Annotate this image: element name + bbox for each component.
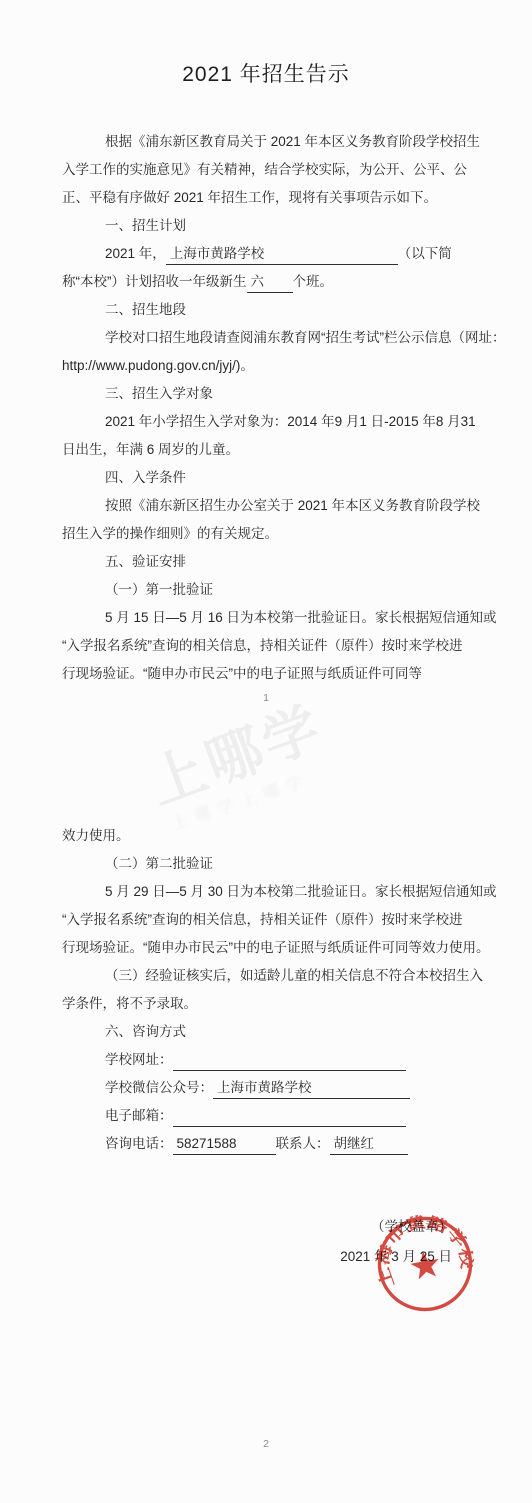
doc-line: 5 月 15 日—5 月 16 日为本校第一批验证日。家长根据短信通知或	[62, 604, 470, 632]
section-heading: 三、招生入学对象	[62, 380, 470, 408]
page1-body: 2021 年招生告示根据《浦东新区教育局关于 2021 年本区义务教育阶段学校招…	[62, 60, 470, 688]
text-run: 日出生，年满 6 周岁的儿童。	[62, 442, 239, 457]
blank-field	[173, 1106, 406, 1127]
doc-line: 学条件，将不予录取。	[62, 990, 470, 1018]
text-run: 一、招生计划	[105, 218, 186, 233]
text-run: 四、入学条件	[105, 470, 186, 485]
doc-line: 学校对口招生地段请查阅浦东教育网“招生考试”栏公示信息（网址：	[62, 324, 470, 352]
field-line: 咨询电话：58271588联系人：胡继红	[62, 1130, 470, 1158]
text-run: 二、招生地段	[105, 302, 186, 317]
page2-body: 效力使用。（二）第二批验证5 月 29 日—5 月 30 日为本校第二批验证日。…	[62, 822, 470, 1158]
section-heading: 四、入学条件	[62, 464, 470, 492]
field-line: 学校微信公众号：上海市黄路学校	[62, 1074, 470, 1102]
doc-line: 招生入学的操作细则》的有关规定。	[62, 520, 470, 548]
text-run: （以下简	[398, 246, 452, 261]
doc-line: “入学报名系统”查询的相关信息，持相关证件（原件）按时来学校进	[62, 632, 470, 660]
page1-number: 1	[0, 692, 532, 704]
text-run: 电子邮箱：	[105, 1108, 173, 1123]
field-line: 学校网址：	[62, 1046, 470, 1074]
text-run: （二）第二批验证	[105, 856, 213, 871]
blank-field: 胡继红	[330, 1134, 408, 1155]
blank-field: 上海市黄路学校	[213, 1078, 410, 1099]
doc-line: http://www.pudong.gov.cn/jyj/)。	[62, 352, 470, 380]
text-run: 效力使用。	[62, 828, 130, 843]
blank-field	[173, 1050, 406, 1071]
doc-title: 2021 年招生告示	[62, 60, 470, 90]
text-run: 称“本校”）计划招收一年级新生	[62, 274, 247, 289]
doc-line: 按照《浦东新区招生办公室关于 2021 年本区义务教育阶段学校	[62, 492, 470, 520]
doc-line: 根据《浦东新区教育局关于 2021 年本区义务教育阶段学校招生	[62, 128, 470, 156]
text-run: 根据《浦东新区教育局关于 2021 年本区义务教育阶段学校招生	[105, 134, 480, 149]
text-run: 按照《浦东新区招生办公室关于 2021 年本区义务教育阶段学校	[105, 498, 480, 513]
blank-field: 六	[247, 272, 293, 293]
text-run: 招生入学的操作细则》的有关规定。	[62, 526, 278, 541]
section-heading: 五、验证安排	[62, 548, 470, 576]
doc-line: 5 月 29 日—5 月 30 日为本校第二批验证日。家长根据短信通知或	[62, 878, 470, 906]
text-run: 五、验证安排	[105, 554, 186, 569]
text-run: “入学报名系统”查询的相关信息，持相关证件（原件）按时来学校进	[62, 912, 463, 927]
text-run: 六、咨询方式	[105, 1024, 186, 1039]
text-run: http://www.pudong.gov.cn/jyj/)。	[62, 358, 254, 373]
doc-line: 2021 年，上海市黄路学校（以下简	[62, 240, 470, 268]
doc-line: 行现场验证。“随申办市民云”中的电子证照与纸质证件可同等	[62, 660, 470, 688]
doc-line: （三）经验证核实后，如适龄儿童的相关信息不符合本校招生入	[62, 962, 470, 990]
doc-line: 正、平稳有序做好 2021 年招生工作，现将有关事项告示如下。	[62, 184, 470, 212]
text-run: 咨询电话：	[105, 1136, 173, 1151]
text-run: 2021 年招生告示	[182, 63, 350, 86]
blank-field: 上海市黄路学校	[166, 244, 398, 265]
text-run: 行现场验证。“随申办市民云”中的电子证照与纸质证件可同等效力使用。	[62, 940, 490, 955]
school-seal: 上海市黄路学校	[367, 1206, 483, 1322]
doc-line: 效力使用。	[62, 822, 470, 850]
text-run: （一）第一批验证	[105, 582, 213, 597]
document-page: 2021 年招生告示根据《浦东新区教育局关于 2021 年本区义务教育阶段学校招…	[0, 0, 532, 1503]
field-line: 电子邮箱：	[62, 1102, 470, 1130]
text-run: （三）经验证核实后，如适龄儿童的相关信息不符合本校招生入	[105, 968, 483, 983]
text-run: 入学工作的实施意见》有关精神，结合学校实际，为公开、公平、公	[62, 162, 467, 177]
text-run: 学校网址：	[105, 1052, 173, 1067]
section-heading: （二）第二批验证	[62, 850, 470, 878]
text-run: “入学报名系统”查询的相关信息，持相关证件（原件）按时来学校进	[62, 638, 463, 653]
text-run: 正、平稳有序做好 2021 年招生工作，现将有关事项告示如下。	[62, 190, 437, 205]
page2-number: 2	[0, 1438, 532, 1450]
doc-line: 行现场验证。“随申办市民云”中的电子证照与纸质证件可同等效力使用。	[62, 934, 470, 962]
text-run: 2021 年，	[105, 246, 166, 261]
text-run: 学校微信公众号：	[105, 1080, 213, 1095]
doc-line: 2021 年小学招生入学对象为：2014 年9 月1 日-2015 年8 月31	[62, 408, 470, 436]
seal-star-icon	[409, 1249, 442, 1281]
section-heading: 六、咨询方式	[62, 1018, 470, 1046]
text-run: 2021 年小学招生入学对象为：2014 年9 月1 日-2015 年8 月31	[105, 414, 476, 429]
doc-line: 入学工作的实施意见》有关精神，结合学校实际，为公开、公平、公	[62, 156, 470, 184]
text-run: 5 月 15 日—5 月 16 日为本校第一批验证日。家长根据短信通知或	[105, 610, 497, 625]
text-run: 三、招生入学对象	[105, 386, 213, 401]
text-run: 个班。	[293, 274, 334, 289]
doc-line: 称“本校”）计划招收一年级新生六个班。	[62, 268, 470, 296]
blank-field: 58271588	[173, 1134, 276, 1155]
text-run: 行现场验证。“随申办市民云”中的电子证照与纸质证件可同等	[62, 666, 422, 681]
text-run: 学校对口招生地段请查阅浦东教育网“招生考试”栏公示信息（网址：	[105, 330, 506, 345]
doc-line: 日出生，年满 6 周岁的儿童。	[62, 436, 470, 464]
section-heading: 二、招生地段	[62, 296, 470, 324]
text-run: 联系人：	[276, 1136, 330, 1151]
section-heading: （一）第一批验证	[62, 576, 470, 604]
doc-line: “入学报名系统”查询的相关信息，持相关证件（原件）按时来学校进	[62, 906, 470, 934]
section-heading: 一、招生计划	[62, 212, 470, 240]
text-run: 5 月 29 日—5 月 30 日为本校第二批验证日。家长根据短信通知或	[105, 884, 497, 899]
text-run: 学条件，将不予录取。	[62, 996, 197, 1011]
